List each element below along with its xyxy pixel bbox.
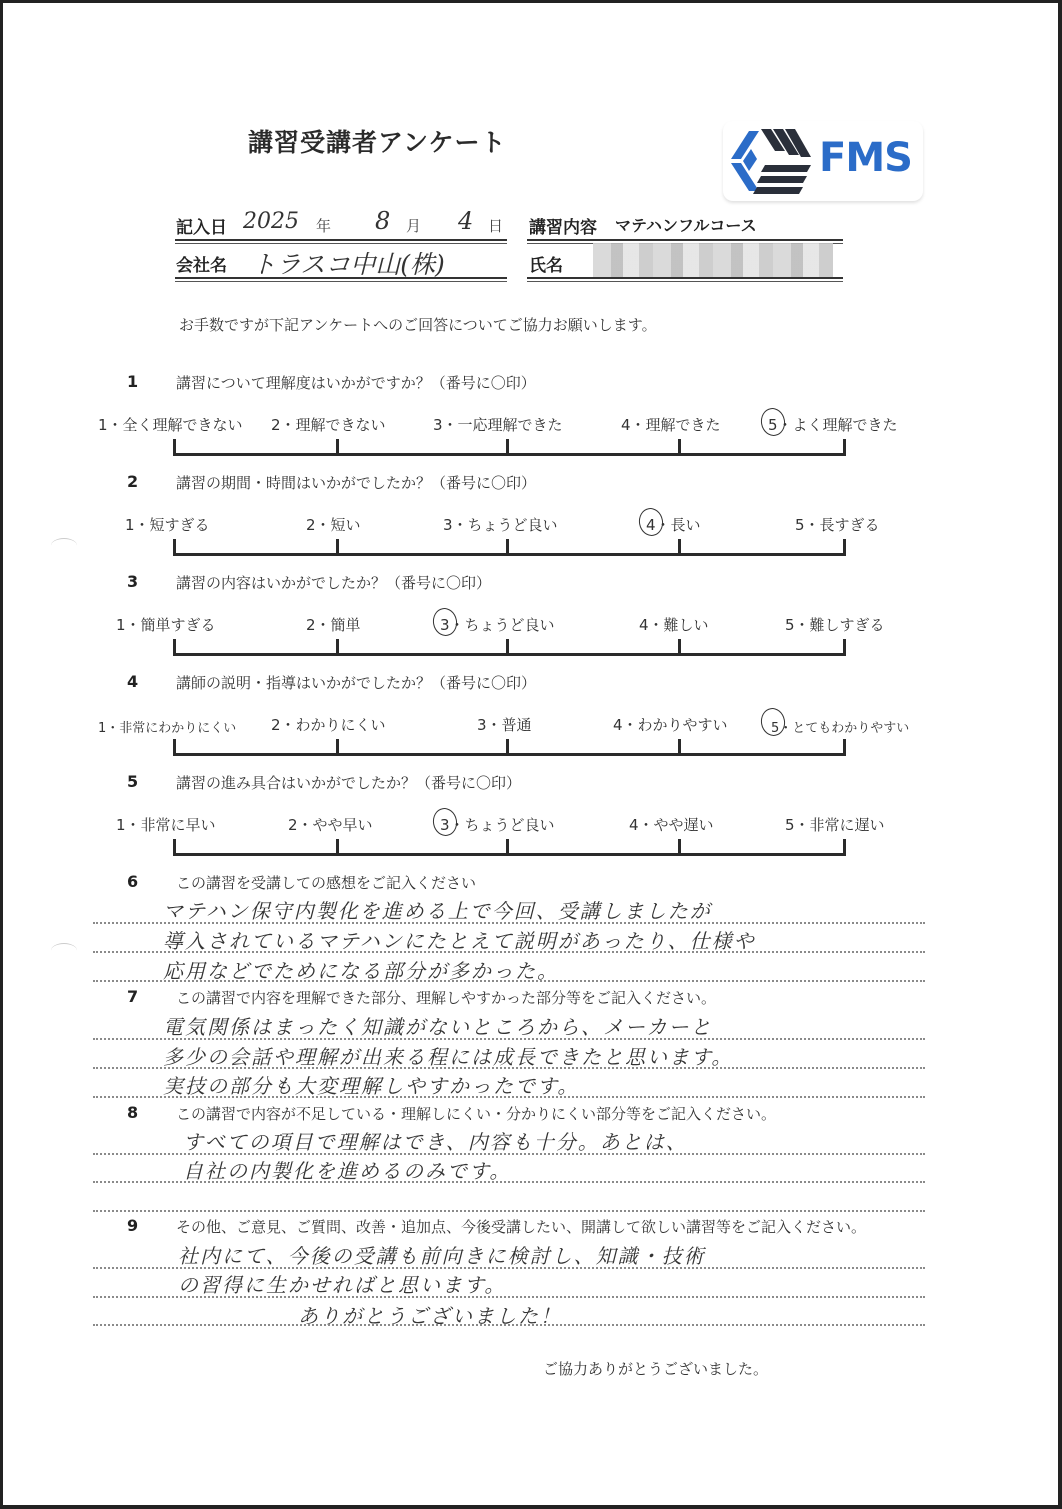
answer-line[interactable]: 実技の部分も大変理解しやすかったです。 — [163, 1070, 579, 1099]
document-title: 講習受講者アンケート — [248, 123, 507, 159]
question-number: 1 — [127, 372, 138, 391]
answer-line[interactable]: 電気関係はまったく知識がないところから、メーカーと — [163, 1011, 713, 1040]
scale-tick — [506, 539, 509, 554]
ruled-line — [93, 922, 925, 924]
scale-tick — [173, 539, 176, 554]
rating-scale-bar — [173, 439, 846, 456]
date-day-value: 4 — [458, 207, 473, 235]
question-text: 講習の内容はいかがでしたか？（番号に〇印） — [176, 572, 491, 593]
ruled-line — [93, 1067, 925, 1069]
scale-tick — [506, 439, 509, 454]
question-text: 講習の進み具合はいかがでしたか？（番号に〇印） — [176, 772, 521, 793]
course-label: 講習内容 — [529, 213, 597, 238]
ruled-line — [93, 1096, 925, 1098]
question-text: 講習について理解度はいかがですか？（番号に〇印） — [176, 372, 536, 393]
ruled-line — [93, 1324, 925, 1326]
fms-cube-logo-icon — [729, 125, 815, 197]
question-text: この講習で内容が不足している・理解しにくい・分かりにくい部分等をご記入ください。 — [176, 1103, 776, 1124]
scale-tick — [678, 739, 681, 754]
scale-tick — [336, 539, 339, 554]
name-redacted-value — [593, 243, 833, 279]
question-number: 4 — [127, 672, 138, 691]
option-4[interactable]: 4・理解できた — [621, 414, 721, 435]
scale-tick — [678, 839, 681, 854]
option-1[interactable]: 1・短すぎる — [125, 514, 210, 535]
scale-tick — [843, 539, 846, 554]
option-1[interactable]: 1・全く理解できない — [98, 414, 243, 435]
option-5[interactable]: 5・非常に遅い — [785, 814, 885, 835]
scale-tick — [843, 639, 846, 654]
option-4[interactable]: 4・やや遅い — [629, 814, 714, 835]
question-number: 9 — [127, 1216, 138, 1235]
option-3-selected[interactable]: 3・ちょうど良い — [440, 614, 555, 635]
ruled-line — [93, 1296, 925, 1298]
scale-tick — [843, 839, 846, 854]
rating-scale-bar — [173, 739, 846, 756]
date-month-value: 8 — [375, 207, 390, 235]
scale-tick — [678, 439, 681, 454]
option-5[interactable]: 5・難しすぎる — [785, 614, 885, 635]
date-month-unit: 月 — [406, 215, 421, 236]
answer-line[interactable]: 導入されているマテハンにたとえて説明があったり、仕様や — [163, 925, 756, 954]
answer-line[interactable]: 多少の会話や理解が出来る程には成長できたと思います。 — [163, 1041, 733, 1070]
scale-tick — [506, 839, 509, 854]
scale-tick — [173, 439, 176, 454]
scale-tick — [678, 539, 681, 554]
rating-scale-bar — [173, 839, 846, 856]
date-label: 記入日 — [176, 213, 227, 238]
question-number: 5 — [127, 772, 138, 791]
scale-tick — [336, 739, 339, 754]
scale-tick — [843, 739, 846, 754]
scale-tick — [843, 439, 846, 454]
survey-page: 講習受講者アンケート FMS 記入日 2025 年 8 月 4 日 講習内容 マ… — [3, 3, 1058, 1505]
option-2[interactable]: 2・短い — [306, 514, 361, 535]
answer-line[interactable]: マテハン保守内製化を進める上で今回、受講しましたが — [163, 895, 712, 924]
scale-tick — [173, 739, 176, 754]
date-underline — [175, 239, 507, 243]
ruled-line — [93, 980, 925, 982]
scale-tick — [336, 639, 339, 654]
name-underline — [527, 277, 843, 281]
question-text: 講習の期間・時間はいかがでしたか？（番号に〇印） — [176, 472, 536, 493]
option-1[interactable]: 1・非常にわかりにくい — [98, 717, 236, 736]
ruled-line — [93, 1210, 925, 1212]
company-label: 会社名 — [176, 251, 227, 276]
date-year-unit: 年 — [316, 215, 331, 236]
option-4[interactable]: 4・わかりやすい — [613, 714, 728, 735]
edge-mark — [51, 943, 77, 958]
scale-tick — [336, 839, 339, 854]
closing-text: ご協力ありがとうございました。 — [543, 1358, 768, 1379]
ruled-line — [93, 1038, 925, 1040]
ruled-line — [93, 1181, 925, 1183]
rating-scale-bar — [173, 639, 846, 656]
option-2[interactable]: 2・やや早い — [288, 814, 373, 835]
intro-text: お手数ですが下記アンケートへのご回答についてご協力お願いします。 — [179, 314, 657, 335]
question-number: 2 — [127, 472, 138, 491]
option-1[interactable]: 1・簡単すぎる — [116, 614, 216, 635]
question-number: 6 — [127, 872, 138, 891]
answer-line[interactable]: の習得に生かせればと思います。 — [178, 1269, 506, 1298]
fms-logo: FMS — [723, 121, 923, 201]
option-3-selected[interactable]: 3・ちょうど良い — [440, 814, 555, 835]
option-5[interactable]: 5・長すぎる — [795, 514, 880, 535]
answer-line[interactable]: 社内にて、今後の受講も前向きに検討し、知識・技術 — [178, 1240, 706, 1269]
edge-mark — [51, 538, 77, 553]
question-number: 7 — [127, 987, 138, 1006]
scale-tick — [506, 639, 509, 654]
question-text: この講習を受講しての感想をご記入ください — [176, 872, 476, 893]
rating-scale-bar — [173, 539, 846, 556]
option-5-selected[interactable]: 5・とてもわかりやすい — [771, 717, 909, 736]
option-4[interactable]: 4・難しい — [639, 614, 709, 635]
option-2[interactable]: 2・理解できない — [271, 414, 386, 435]
logo-text: FMS — [819, 135, 912, 181]
ruled-line — [93, 951, 925, 953]
option-2[interactable]: 2・わかりにくい — [271, 714, 386, 735]
option-1[interactable]: 1・非常に早い — [116, 814, 216, 835]
answer-line[interactable]: すべての項目で理解はでき、内容も十分。あとは、 — [183, 1126, 688, 1155]
date-year-value: 2025 — [243, 209, 299, 234]
option-3[interactable]: 3・普通 — [477, 714, 532, 735]
option-3[interactable]: 3・一応理解できた — [433, 414, 563, 435]
company-value: トラスコ中山(株) — [251, 245, 445, 281]
option-3[interactable]: 3・ちょうど良い — [443, 514, 558, 535]
company-underline — [175, 277, 507, 281]
question-number: 8 — [127, 1103, 138, 1122]
scale-tick — [506, 739, 509, 754]
question-text: この講習で内容を理解できた部分、理解しやすかった部分等をご記入ください。 — [176, 987, 716, 1008]
question-text: 講師の説明・指導はいかがでしたか？（番号に〇印） — [176, 672, 536, 693]
answer-line[interactable]: 自社の内製化を進めるのみです。 — [183, 1155, 511, 1184]
date-day-unit: 日 — [488, 215, 503, 236]
name-label: 氏名 — [529, 251, 563, 276]
course-value: マテハンフルコース — [615, 213, 757, 236]
scale-tick — [678, 639, 681, 654]
scale-tick — [173, 639, 176, 654]
question-text: その他、ご意見、ご質問、改善・追加点、今後受講したい、開講して欲しい講習等をご記… — [176, 1216, 866, 1237]
option-5-selected[interactable]: 5・よく理解できた — [768, 414, 898, 435]
scale-tick — [173, 839, 176, 854]
scale-tick — [336, 439, 339, 454]
question-number: 3 — [127, 572, 138, 591]
option-2[interactable]: 2・簡単 — [306, 614, 361, 635]
